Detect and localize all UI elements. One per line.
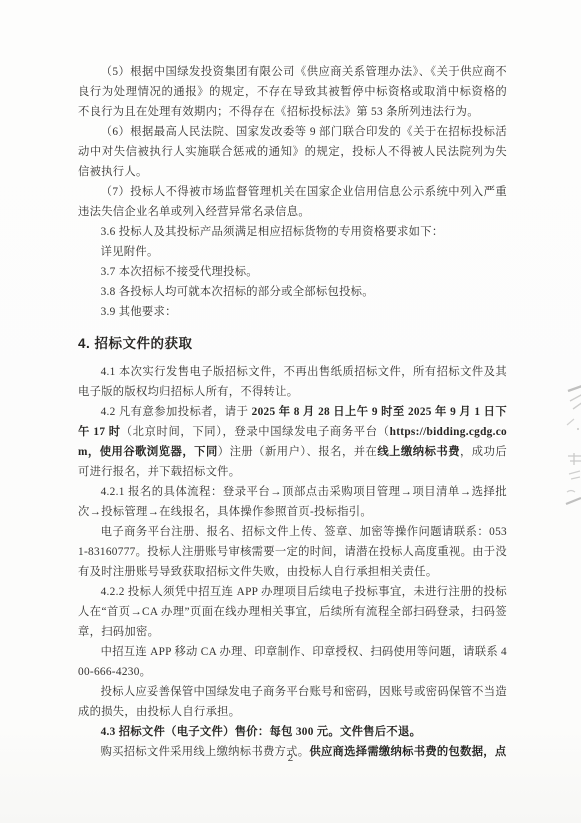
- text-segment: 4.1 本次实行发售电子版招标文件，不再出售纸质招标文件，所有招标文件及其电子版…: [78, 366, 507, 398]
- paragraph: 中招互连 APP 移动 CA 办理、印章制作、印章授权、扫码使用等问题，请联系 …: [78, 642, 507, 682]
- text-segment-bold: 线上缴纳标书费: [377, 446, 460, 458]
- text-segment-bold: 4.3 招标文件（电子文件）售价：每包 300 元。文件售后不退。: [101, 726, 422, 738]
- paragraph: （7）投标人不得被市场监督管理机关在国家企业信用信息公示系统中列入严重违法失信企…: [78, 182, 507, 222]
- text-segment: 3.8 各投标人均可就本次招标的部分或全部标包投标。: [101, 286, 374, 298]
- text-segment: ）注册（新用户）、报名，并在: [218, 446, 378, 458]
- text-segment: （5）根据中国绿发投资集团有限公司《供应商关系管理办法》、《关于供应商不良行为处…: [78, 66, 507, 118]
- paragraph: 4.3 招标文件（电子文件）售价：每包 300 元。文件售后不退。: [78, 722, 507, 742]
- text-segment-bold: 4. 招标文件的获取: [78, 336, 193, 351]
- paragraph: 投标人应妥善保管中国绿发电子商务平台账号和密码，因账号或密码保管不当造成的损失，…: [78, 682, 507, 722]
- scan-artifact-top: [562, 385, 581, 437]
- text-segment: 3.6 投标人及其投标产品须满足相应招标货物的专用资格要求如下：: [101, 226, 444, 238]
- paragraph: 4.1 本次实行发售电子版招标文件，不再出售纸质招标文件，所有招标文件及其电子版…: [78, 362, 507, 402]
- paragraph: 3.9 其他要求：: [78, 302, 507, 322]
- section-heading: 4. 招标文件的获取: [78, 335, 507, 353]
- paragraph: 4.2.2 投标人须凭中招互连 APP 办理项目后续电子投标事宜，未进行注册的投…: [78, 582, 507, 642]
- text-segment: 4.2.1 报名的具体流程：登录平台→顶部点击采购项目管理→项目清单→选择批次→…: [78, 486, 507, 518]
- text-segment: 电子商务平台注册、报名、招标文件上传、签章、加密等操作问题请联系：0531-83…: [78, 526, 507, 578]
- scan-artifact-bottom: [562, 452, 581, 522]
- text-segment: 中招互连 APP 移动 CA 办理、印章制作、印章授权、扫码使用等问题，请联系 …: [78, 646, 507, 678]
- document-page: （5）根据中国绿发投资集团有限公司《供应商关系管理办法》、《关于供应商不良行为处…: [0, 0, 581, 823]
- text-segment: （6）根据最高人民法院、国家发改委等 9 部门联合印发的《关于在招标投标活动中对…: [78, 126, 507, 178]
- text-segment: 3.9 其他要求：: [101, 306, 177, 318]
- paragraph: （5）根据中国绿发投资集团有限公司《供应商关系管理办法》、《关于供应商不良行为处…: [78, 62, 507, 122]
- document-body: （5）根据中国绿发投资集团有限公司《供应商关系管理办法》、《关于供应商不良行为处…: [78, 62, 507, 762]
- page-number: 2: [0, 752, 581, 764]
- paragraph: 3.6 投标人及其投标产品须满足相应招标货物的专用资格要求如下：: [78, 222, 507, 242]
- paragraph: 详见附件。: [78, 242, 507, 262]
- text-segment: 4.2 凡有意参加投标者，请于: [101, 406, 252, 418]
- paragraph: 3.7 本次招标不接受代理投标。: [78, 262, 507, 282]
- paragraph: 4.2.1 报名的具体流程：登录平台→顶部点击采购项目管理→项目清单→选择批次→…: [78, 482, 507, 522]
- text-segment: 投标人应妥善保管中国绿发电子商务平台账号和密码，因账号或密码保管不当造成的损失，…: [78, 686, 507, 718]
- text-segment: （7）投标人不得被市场监督管理机关在国家企业信用信息公示系统中列入严重违法失信企…: [78, 186, 507, 218]
- text-segment: 详见附件。: [101, 246, 159, 258]
- paragraph: 电子商务平台注册、报名、招标文件上传、签章、加密等操作问题请联系：0531-83…: [78, 522, 507, 582]
- paragraph: 4.2 凡有意参加投标者，请于 2025 年 8 月 28 日上午 9 时至 2…: [78, 402, 507, 482]
- text-segment: （北京时间，下同），登录中国绿发电子商务平台（: [121, 426, 390, 438]
- text-segment: 3.7 本次招标不接受代理投标。: [101, 266, 258, 278]
- paragraph: （6）根据最高人民法院、国家发改委等 9 部门联合印发的《关于在招标投标活动中对…: [78, 122, 507, 182]
- paragraph: 3.8 各投标人均可就本次招标的部分或全部标包投标。: [78, 282, 507, 302]
- text-segment: 4.2.2 投标人须凭中招互连 APP 办理项目后续电子投标事宜，未进行注册的投…: [78, 586, 507, 638]
